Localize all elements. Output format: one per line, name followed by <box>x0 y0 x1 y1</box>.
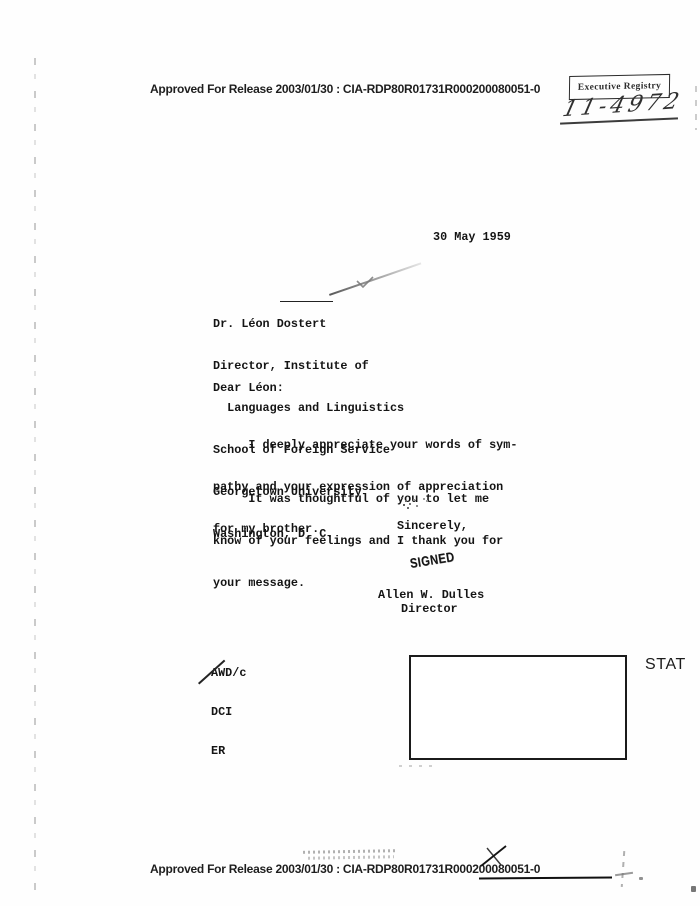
film-scan-artifact-line <box>34 58 36 892</box>
footer-underline <box>479 877 612 880</box>
scanned-letter-page: Approved For Release 2003/01/30 : CIA-RD… <box>0 0 700 906</box>
signature-name: Allen W. Dulles <box>378 588 484 602</box>
footer-underline-extension <box>615 872 633 876</box>
signature-title: Director <box>401 602 458 616</box>
footer-scratch-mark <box>621 851 626 887</box>
letter-date: 30 May 1959 <box>433 230 511 244</box>
redaction-box <box>409 655 627 760</box>
reference-initials-block: AWD/c DCI ER <box>211 641 246 784</box>
ink-smudge-specks <box>401 497 403 499</box>
header-approved-for-release-text: Approved For Release 2003/01/30 : CIA-RD… <box>150 82 540 96</box>
body-line: know of your feelings and I thank you fo… <box>213 534 503 548</box>
edge-scan-ticks <box>695 86 697 130</box>
pencil-checkmark <box>354 274 376 290</box>
recipient-line: Director, Institute of <box>213 359 404 373</box>
reference-line: DCI <box>211 706 246 719</box>
body-line: It was thoughtful of you to let me <box>213 492 503 506</box>
handwritten-x-mark <box>477 843 511 869</box>
paper-speck <box>639 877 643 880</box>
stat-marking: STAT <box>645 656 686 674</box>
stamp-smudge <box>308 855 394 859</box>
reference-line: AWD/c <box>211 667 246 680</box>
closing: Sincerely, <box>397 519 468 533</box>
paper-speck <box>691 886 696 892</box>
stamp-smudge <box>303 849 397 853</box>
salutation: Dear Léon: <box>213 381 284 395</box>
faint-dashes-below-box <box>399 765 433 767</box>
body-line: I deeply appreciate your words of sym- <box>213 438 517 452</box>
reference-line: ER <box>211 745 246 758</box>
recipient-line: Dr. Léon Dostert <box>213 317 404 331</box>
